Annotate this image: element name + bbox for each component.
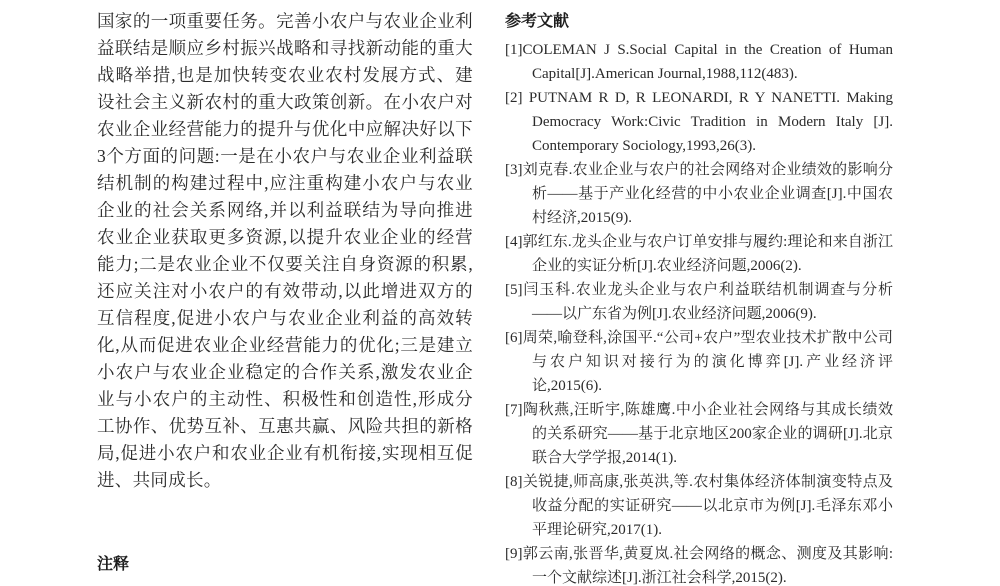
reference-item: [8]关锐捷,师高康,张英洪,等.农村集体经济体制演变特点及收益分配的实证研究—… <box>505 470 893 542</box>
reference-number: [3] <box>505 162 523 178</box>
reference-text: 周荣,喻登科,涂国平.“公司+农户”型农业技术扩散中公司与农户知识对接行为的演化… <box>523 330 894 394</box>
reference-text: 刘克春.农业企业与农户的社会网络对企业绩效的影响分析——基于产业化经营的中小农业… <box>523 162 894 226</box>
reference-number: [6] <box>505 330 523 346</box>
left-column: 国家的一项重要任务。完善小农户与农业企业利益联结是顺应乡村振兴战略和寻找新动能的… <box>97 0 473 586</box>
reference-item: [4]郭红东.龙头企业与农户订单安排与履约:理论和来自浙江企业的实证分析[J].… <box>505 230 893 278</box>
reference-number: [1] <box>505 42 523 58</box>
reference-text: 关锐捷,师高康,张英洪,等.农村集体经济体制演变特点及收益分配的实证研究——以北… <box>523 474 894 538</box>
body-paragraph: 国家的一项重要任务。完善小农户与农业企业利益联结是顺应乡村振兴战略和寻找新动能的… <box>97 8 473 494</box>
reference-number: [5] <box>505 282 523 298</box>
reference-number: [7] <box>505 402 523 418</box>
reference-item: [3]刘克春.农业企业与农户的社会网络对企业绩效的影响分析——基于产业化经营的中… <box>505 158 893 230</box>
references-heading: 参考文献 <box>505 8 893 31</box>
reference-text: PUTNAM R D, R LEONARDI, R Y NANETTI. Mak… <box>529 90 893 154</box>
reference-item: [1]COLEMAN J S.Social Capital in the Cre… <box>505 38 893 86</box>
reference-item: [6]周荣,喻登科,涂国平.“公司+农户”型农业技术扩散中公司与农户知识对接行为… <box>505 326 893 398</box>
reference-item: [5]闫玉科.农业龙头企业与农户利益联结机制调查与分析——以广东省为例[J].农… <box>505 278 893 326</box>
notes-heading: 注释 <box>97 551 129 574</box>
reference-text: 闫玉科.农业龙头企业与农户利益联结机制调查与分析——以广东省为例[J].农业经济… <box>523 282 894 322</box>
paper-page: 国家的一项重要任务。完善小农户与农业企业利益联结是顺应乡村振兴战略和寻找新动能的… <box>0 0 1000 586</box>
reference-text: 郭红东.龙头企业与农户订单安排与履约:理论和来自浙江企业的实证分析[J].农业经… <box>523 234 894 274</box>
reference-number: [2] <box>505 90 523 106</box>
reference-number: [8] <box>505 474 523 490</box>
references-column: 参考文献 [1]COLEMAN J S.Social Capital in th… <box>505 0 893 586</box>
reference-item: [2] PUTNAM R D, R LEONARDI, R Y NANETTI.… <box>505 86 893 158</box>
reference-item: [7]陶秋燕,汪昕宇,陈雄鹰.中小企业社会网络与其成长绩效的关系研究——基于北京… <box>505 398 893 470</box>
reference-number: [9] <box>505 546 523 562</box>
reference-number: [4] <box>505 234 523 250</box>
reference-item: [9]郭云南,张晋华,黄夏岚.社会网络的概念、测度及其影响:一个文献综述[J].… <box>505 542 893 586</box>
references-list: [1]COLEMAN J S.Social Capital in the Cre… <box>505 38 893 586</box>
reference-text: 陶秋燕,汪昕宇,陈雄鹰.中小企业社会网络与其成长绩效的关系研究——基于北京地区2… <box>523 402 894 466</box>
reference-text: 郭云南,张晋华,黄夏岚.社会网络的概念、测度及其影响:一个文献综述[J].浙江社… <box>523 546 894 586</box>
reference-text: COLEMAN J S.Social Capital in the Creati… <box>523 42 894 82</box>
